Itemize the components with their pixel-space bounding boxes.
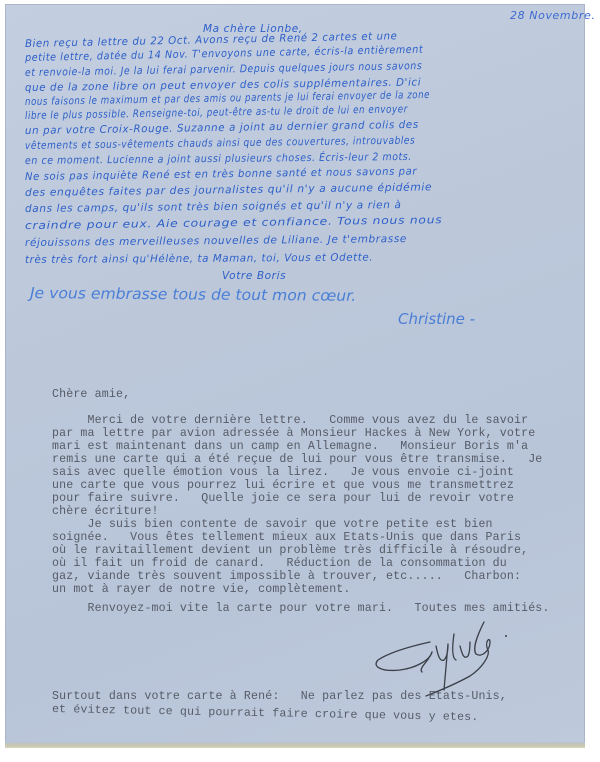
typed-line: où il fait un froid de canard. Réduction…	[52, 557, 507, 570]
typed-line: par ma lettre par avion adressée à Monsi…	[52, 427, 535, 440]
typed-line: Renvoyez-moi vite la carte pour votre ma…	[52, 602, 550, 615]
typed-postscript-line: Surtout dans votre carte à René: Ne parl…	[52, 690, 507, 703]
handwritten-closing: Votre Boris	[222, 270, 286, 282]
typed-line: Merci de votre dernière lettre. Comme vo…	[52, 414, 528, 427]
typed-salutation: Chère amie,	[52, 388, 130, 401]
handwritten-line: très très fort ainsi qu'Hélène, ta Maman…	[25, 252, 373, 266]
handwritten-postscript-signature: Christine -	[398, 310, 475, 328]
typed-line: une carte que vous pourrez lui écrire et…	[52, 479, 514, 492]
typed-line: gaz, viande très souvent impossible à tr…	[52, 570, 521, 583]
paper-edge	[5, 742, 585, 748]
handwritten-postscript: Je vous embrasse tous de tout mon cœur.	[30, 284, 356, 305]
typed-line: un mot à rayer de notre vie, complètemen…	[52, 583, 351, 596]
typed-line: mari est maintenant dans un camp en Alle…	[52, 440, 528, 453]
typed-line: remis une carte qui a été reçue de lui p…	[52, 453, 542, 466]
handwritten-date: 28 Novembre.	[510, 9, 595, 22]
typed-line: chère écriture!	[52, 505, 159, 518]
typed-line: où le ravitaillement devient un problème…	[52, 544, 528, 557]
typed-line: Je suis bien contente de savoir que votr…	[52, 518, 493, 531]
typed-line: sais avec quelle émotion vous la lirez. …	[52, 466, 514, 479]
typed-line: soignée. Vous êtes tellement mieux aux E…	[52, 531, 521, 544]
typed-line: pour faire suivre. Quelle joie ce sera p…	[52, 492, 514, 505]
